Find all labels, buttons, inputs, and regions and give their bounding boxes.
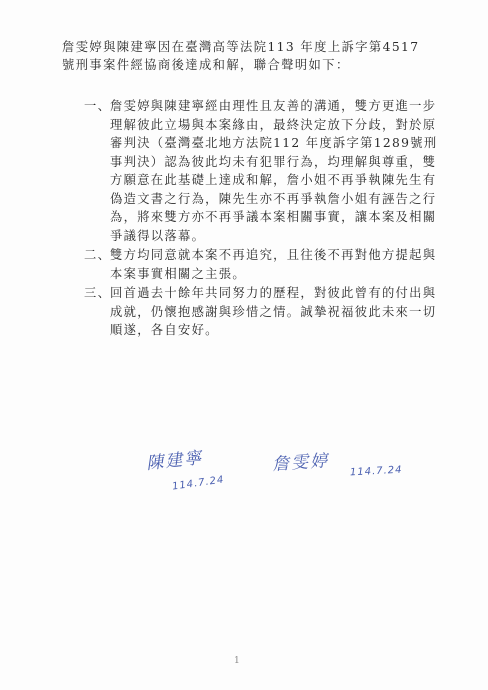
clause-number: 一、 (84, 97, 111, 116)
clause-1: 一、 詹雯婷與陳建寧經由理性且友善的溝通，雙方更進一步理解彼此立場與本案緣由，最… (84, 97, 444, 245)
intro-paragraph: 詹雯婷與陳建寧因在臺灣高等法院113 年度上訴字第4517號刑事案件經協商後達成… (62, 38, 432, 74)
clause-number: 三、 (84, 284, 111, 303)
clause-number: 二、 (84, 246, 111, 265)
clause-text: 雙方均同意就本案不再追究，且往後不再對他方提起與本案事實相關之主張。 (110, 246, 444, 283)
signature-date-zhan: 114.7.24 (350, 465, 403, 479)
clause-2: 二、 雙方均同意就本案不再追究，且往後不再對他方提起與本案事實相關之主張。 (84, 246, 444, 283)
clause-3: 三、 回首過去十餘年共同努力的歷程，對彼此曾有的付出與成就，仍懷抱感謝與珍惜之情… (84, 284, 444, 340)
clause-text: 詹雯婷與陳建寧經由理性且友善的溝通，雙方更進一步理解彼此立場與本案緣由，最終決定… (110, 97, 444, 245)
clause-text: 回首過去十餘年共同努力的歷程，對彼此曾有的付出與成就，仍懷抱感謝與珍惜之情。誠摯… (110, 284, 444, 340)
page-number: 1 (234, 656, 240, 666)
signature-chen: 陳建寧 (145, 443, 204, 474)
signature-date-chen: 114.7.24 (171, 474, 225, 492)
signature-zhan: 詹雯婷 (271, 446, 330, 475)
document-page: 詹雯婷與陳建寧因在臺灣高等法院113 年度上訴字第4517號刑事案件經協商後達成… (0, 0, 488, 690)
